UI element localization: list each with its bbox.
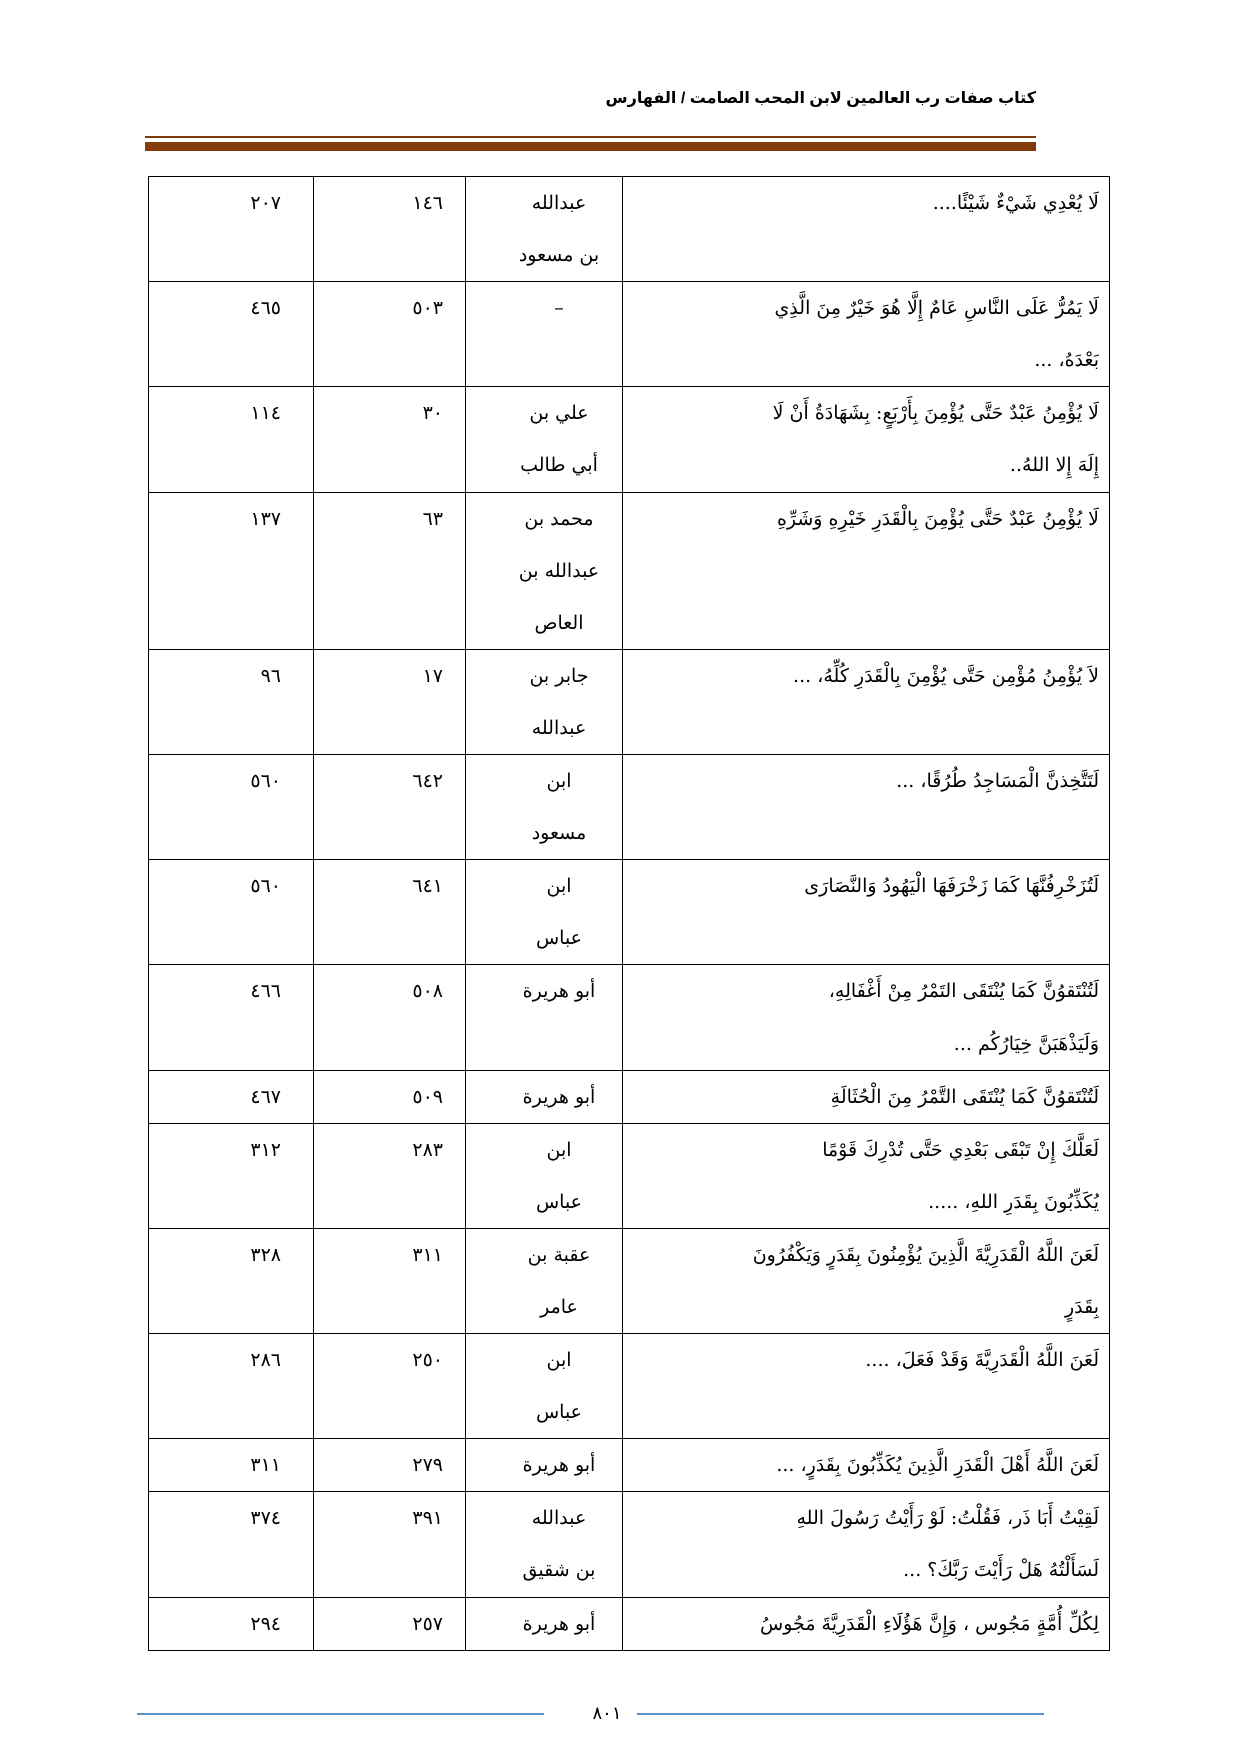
footer-rule-left [137, 1713, 544, 1715]
page-number: ٨٠١ [577, 1700, 637, 1728]
hadith-text-line: لَتُنْتَقوُنَّ كَمَا يُنْتَقَى التَمْرُ … [633, 965, 1099, 1017]
table-row: لَتُنْتَقوُنَّ كَمَا يُنْتَقَى التَّمْرُ… [149, 1070, 1110, 1123]
hadith-text-line: بَعْدَهُ، ... [633, 334, 1099, 386]
narrator-line: عامر [466, 1281, 622, 1333]
narrator-cell: – [466, 282, 623, 387]
narrator-line: أبو هريرة [466, 1071, 622, 1123]
running-header-title: كتاب صفات رب العالمين لابن المحب الصامت … [606, 84, 1036, 114]
hadith-number-cell: ١٤٦ [314, 177, 466, 282]
hadith-number-cell: ٦٣ [314, 492, 466, 649]
hadith-text-cell: لَتُنْتَقوُنَّ كَمَا يُنْتَقَى التَمْرُ … [623, 965, 1110, 1070]
hadith-number-cell: ١٧ [314, 649, 466, 754]
hadith-number-cell: ٣١١ [314, 1228, 466, 1333]
narrator-cell: علي بنأبي طالب [466, 387, 623, 492]
table-row: لَعَنَ اللَّهُ الْقَدَرِيَّةَ الَّذِينَ … [149, 1228, 1110, 1333]
hadith-text-cell: لَتَتَّخِذنَّ الْمَسَاجِدُ طُرُقًا، ... [623, 755, 1110, 860]
page-ref-cell: ٩٦ [149, 649, 314, 754]
hadith-text-cell: لَا يُعْدِي شَيْءٌ شَيْئًا.... [623, 177, 1110, 282]
narrator-cell: أبو هريرة [466, 1439, 623, 1492]
narrator-line: ابن [466, 1334, 622, 1386]
hadith-text-line: يُكَذِّبُونَ بِقَدَرِ اللهِ، ..... [633, 1176, 1099, 1228]
hadith-text-line: إِلَهَ إِلا اللهُ.. [633, 439, 1099, 491]
hadith-text-line: لَعَلَّكَ إِنْ تَبْقَى بَعْدِي حَتَّى تُ… [633, 1124, 1099, 1176]
page-footer: ٨٠١ [137, 1700, 1044, 1730]
table-row: لَا يُعْدِي شَيْءٌ شَيْئًا....عبداللهبن … [149, 177, 1110, 282]
hadith-text-line: لَعَنَ اللَّهُ الْقَدَرِيَّةَ وَقَدْ فَع… [633, 1334, 1099, 1386]
page-ref-cell: ٥٦٠ [149, 755, 314, 860]
hadith-number-cell: ٢٧٩ [314, 1439, 466, 1492]
hadith-text-cell: لَعَنَ اللَّهُ أَهْلَ الْقَدَرِ الَّذِين… [623, 1439, 1110, 1492]
hadith-text-cell: لَا يَمُرُّ عَلَى النَّاسِ عَامٌ إِلَّا … [623, 282, 1110, 387]
page-ref-cell: ٤٦٦ [149, 965, 314, 1070]
hadith-text-cell: لَعَنَ اللَّهُ الْقَدَرِيَّةَ وَقَدْ فَع… [623, 1334, 1110, 1439]
narrator-line: أبو هريرة [466, 1439, 622, 1491]
hadith-text-line: لَتُزَخْرِفُنَّهَا كَمَا زَخْرَفَهَا الْ… [633, 860, 1099, 912]
hadith-text-line: لَسَأَلْتُهُ هَلْ رَأَيْتَ رَبَّكَ؟ ... [633, 1544, 1099, 1596]
narrator-line: عبدالله [466, 702, 622, 754]
narrator-cell: ابنمسعود [466, 755, 623, 860]
hadith-number-cell: ٥٠٨ [314, 965, 466, 1070]
hadith-number-cell: ٥٠٣ [314, 282, 466, 387]
table-row: لَا يَمُرُّ عَلَى النَّاسِ عَامٌ إِلَّا … [149, 282, 1110, 387]
table-row: لَتُنْتَقوُنَّ كَمَا يُنْتَقَى التَمْرُ … [149, 965, 1110, 1070]
table-row: لَعَلَّكَ إِنْ تَبْقَى بَعْدِي حَتَّى تُ… [149, 1123, 1110, 1228]
narrator-cell: أبو هريرة [466, 965, 623, 1070]
page-ref-cell: ٤٦٧ [149, 1070, 314, 1123]
hadith-text-line: وَلَيَذْهَبَنَّ خِيَارُكُم ... [633, 1018, 1099, 1070]
narrator-line: علي بن [466, 387, 622, 439]
page-ref-cell: ٣١٢ [149, 1123, 314, 1228]
hadith-number-cell: ٦٤٢ [314, 755, 466, 860]
page-ref-cell: ١٣٧ [149, 492, 314, 649]
hadith-text-cell: لاَ يُؤْمِنُ مُؤْمِن حَتَّى يُؤْمِنَ بِا… [623, 649, 1110, 754]
narrator-cell: ابنعباس [466, 1123, 623, 1228]
hadith-text-line: لَتَتَّخِذنَّ الْمَسَاجِدُ طُرُقًا، ... [633, 755, 1099, 807]
narrator-line: عباس [466, 912, 622, 964]
hadith-number-cell: ٣٠ [314, 387, 466, 492]
table-row: لَا يُؤْمِنُ عَبْدٌ حَتَّى يُؤْمِنَ بِأَ… [149, 387, 1110, 492]
narrator-line: عقبة بن [466, 1229, 622, 1281]
narrator-cell: عبداللهبن مسعود [466, 177, 623, 282]
hadith-number-cell: ٢٨٣ [314, 1123, 466, 1228]
hadith-text-cell: لَا يُؤْمِنُ عَبْدٌ حَتَّى يُؤْمِنَ بِأَ… [623, 387, 1110, 492]
table-row: لِكُلِّ أُمَّةٍ مَجُوس ، وَإِنَّ هَؤُلَا… [149, 1597, 1110, 1650]
hadith-text-cell: لَقِيْتُ أَبَا ذَر، فَقُلْتُ: لَوْ رَأَي… [623, 1492, 1110, 1597]
hadith-number-cell: ٢٥٧ [314, 1597, 466, 1650]
narrator-line: أبي طالب [466, 439, 622, 491]
hadith-text-line: لاَ يُؤْمِنُ مُؤْمِن حَتَّى يُؤْمِنَ بِا… [633, 650, 1099, 702]
narrator-line: محمد بن [466, 493, 622, 545]
hadith-text-line: لَقِيْتُ أَبَا ذَر، فَقُلْتُ: لَوْ رَأَي… [633, 1492, 1099, 1544]
narrator-line: العاص [466, 597, 622, 649]
narrator-line: بن مسعود [466, 229, 622, 281]
narrator-line: أبو هريرة [466, 1598, 622, 1650]
table-row: لاَ يُؤْمِنُ مُؤْمِن حَتَّى يُؤْمِنَ بِا… [149, 649, 1110, 754]
narrator-line: أبو هريرة [466, 965, 622, 1017]
narrator-line: بن شقيق [466, 1544, 622, 1596]
hadith-text-cell: لَا يُؤْمِنُ عَبْدٌ حَتَّى يُؤْمِنَ بِال… [623, 492, 1110, 649]
hadith-text-line: بِقَدَرٍ [633, 1281, 1099, 1333]
hadith-text-line: لَا يُؤْمِنُ عَبْدٌ حَتَّى يُؤْمِنَ بِال… [633, 493, 1099, 545]
page-ref-cell: ٥٦٠ [149, 860, 314, 965]
narrator-cell: ابنعباس [466, 860, 623, 965]
narrator-line: عباس [466, 1386, 622, 1438]
table-row: لَعَنَ اللَّهُ أَهْلَ الْقَدَرِ الَّذِين… [149, 1439, 1110, 1492]
hadith-text-line: لَا يُعْدِي شَيْءٌ شَيْئًا.... [633, 177, 1099, 229]
page-ref-cell: ٢٠٧ [149, 177, 314, 282]
page-ref-cell: ٣٧٤ [149, 1492, 314, 1597]
page-ref-cell: ٢٩٤ [149, 1597, 314, 1650]
hadith-text-line: لَا يُؤْمِنُ عَبْدٌ حَتَّى يُؤْمِنَ بِأَ… [633, 387, 1099, 439]
table-row: لَتُزَخْرِفُنَّهَا كَمَا زَخْرَفَهَا الْ… [149, 860, 1110, 965]
header-rule-thin [145, 136, 1036, 138]
page-ref-cell: ٢٨٦ [149, 1334, 314, 1439]
narrator-line: جابر بن [466, 650, 622, 702]
hadith-number-cell: ٦٤١ [314, 860, 466, 965]
table-row: لَقِيْتُ أَبَا ذَر، فَقُلْتُ: لَوْ رَأَي… [149, 1492, 1110, 1597]
narrator-cell: عقبة بنعامر [466, 1228, 623, 1333]
page-ref-cell: ١١٤ [149, 387, 314, 492]
hadith-text-line: لِكُلِّ أُمَّةٍ مَجُوس ، وَإِنَّ هَؤُلَا… [633, 1598, 1099, 1650]
hadith-text-line: لَعَنَ اللَّهُ الْقَدَرِيَّةَ الَّذِينَ … [633, 1229, 1099, 1281]
hadith-text-cell: لَتُزَخْرِفُنَّهَا كَمَا زَخْرَفَهَا الْ… [623, 860, 1110, 965]
narrator-line: عبدالله [466, 1492, 622, 1544]
page-ref-cell: ٣١١ [149, 1439, 314, 1492]
header-rule-thick [145, 142, 1036, 151]
hadith-text-cell: لَعَلَّكَ إِنْ تَبْقَى بَعْدِي حَتَّى تُ… [623, 1123, 1110, 1228]
footer-rule-right [637, 1713, 1044, 1715]
narrator-cell: أبو هريرة [466, 1070, 623, 1123]
page-ref-cell: ٤٦٥ [149, 282, 314, 387]
narrator-cell: أبو هريرة [466, 1597, 623, 1650]
narrator-line: مسعود [466, 807, 622, 859]
table-row: لَتَتَّخِذنَّ الْمَسَاجِدُ طُرُقًا، ...ا… [149, 755, 1110, 860]
table-row: لَا يُؤْمِنُ عَبْدٌ حَتَّى يُؤْمِنَ بِال… [149, 492, 1110, 649]
narrator-cell: محمد بنعبدالله بنالعاص [466, 492, 623, 649]
table-row: لَعَنَ اللَّهُ الْقَدَرِيَّةَ وَقَدْ فَع… [149, 1334, 1110, 1439]
narrator-line: – [466, 282, 622, 334]
page-ref-cell: ٣٢٨ [149, 1228, 314, 1333]
narrator-line: ابن [466, 755, 622, 807]
hadith-text-cell: لِكُلِّ أُمَّةٍ مَجُوس ، وَإِنَّ هَؤُلَا… [623, 1597, 1110, 1650]
hadith-text-line: لَتُنْتَقوُنَّ كَمَا يُنْتَقَى التَّمْرُ… [633, 1071, 1099, 1123]
hadith-number-cell: ٥٠٩ [314, 1070, 466, 1123]
narrator-cell: عبداللهبن شقيق [466, 1492, 623, 1597]
hadith-text-line: لَا يَمُرُّ عَلَى النَّاسِ عَامٌ إِلَّا … [633, 282, 1099, 334]
hadith-text-cell: لَتُنْتَقوُنَّ كَمَا يُنْتَقَى التَّمْرُ… [623, 1070, 1110, 1123]
page-header: كتاب صفات رب العالمين لابن المحب الصامت … [145, 84, 1036, 154]
narrator-line: عبدالله [466, 177, 622, 229]
hadith-text-cell: لَعَنَ اللَّهُ الْقَدَرِيَّةَ الَّذِينَ … [623, 1228, 1110, 1333]
table-body: لَا يُعْدِي شَيْءٌ شَيْئًا....عبداللهبن … [149, 177, 1110, 1651]
narrator-cell: جابر بنعبدالله [466, 649, 623, 754]
narrator-line: ابن [466, 860, 622, 912]
narrator-line: عبدالله بن [466, 545, 622, 597]
narrator-line: عباس [466, 1176, 622, 1228]
narrator-cell: ابنعباس [466, 1334, 623, 1439]
hadith-number-cell: ٢٥٠ [314, 1334, 466, 1439]
hadith-number-cell: ٣٩١ [314, 1492, 466, 1597]
hadith-index-table: لَا يُعْدِي شَيْءٌ شَيْئًا....عبداللهبن … [148, 176, 1110, 1651]
hadith-text-line: لَعَنَ اللَّهُ أَهْلَ الْقَدَرِ الَّذِين… [633, 1439, 1099, 1491]
narrator-line: ابن [466, 1124, 622, 1176]
